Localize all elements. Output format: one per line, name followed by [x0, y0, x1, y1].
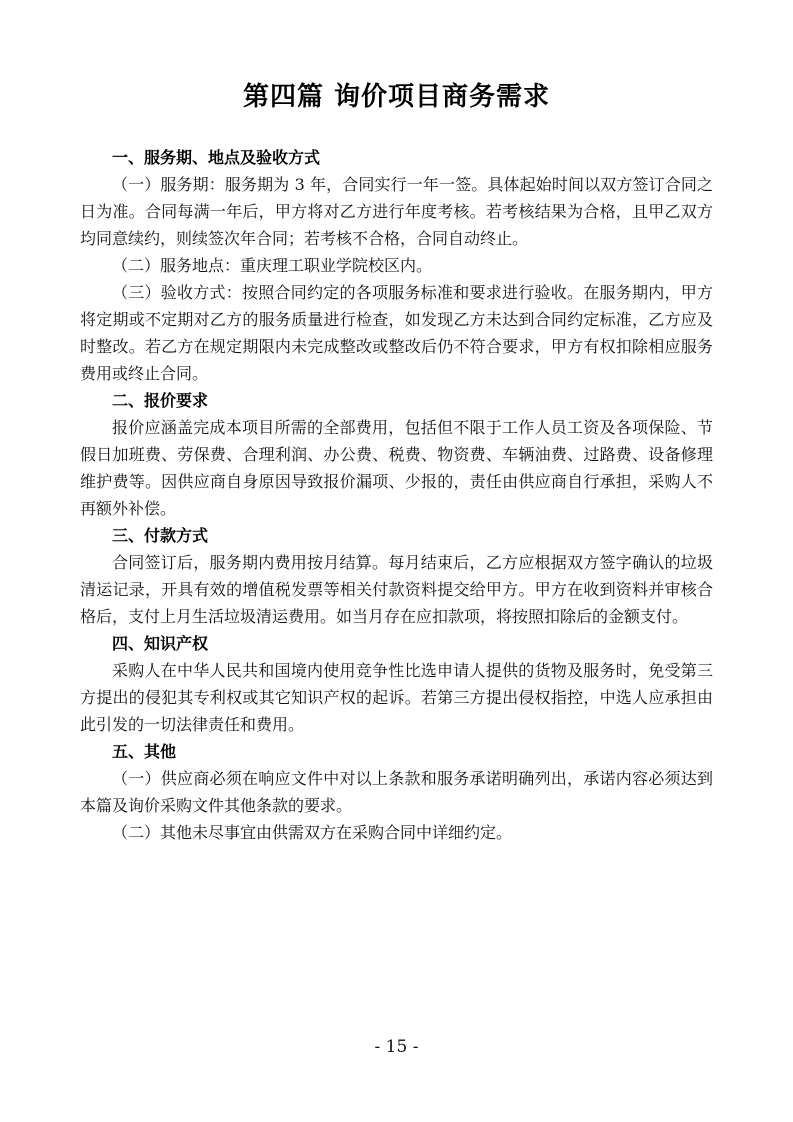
section-heading: 四、知识产权 [80, 630, 713, 657]
page-number: - 15 - [0, 1037, 793, 1058]
section-heading: 二、报价要求 [80, 387, 713, 414]
section-paragraph: 报价应涵盖完成本项目所需的全部费用，包括但不限于工作人员工资及各项保险、节假日加… [80, 414, 713, 522]
document-title: 第四篇 询价项目商务需求 [80, 78, 713, 116]
section-paragraph: （三）验收方式：按照合同约定的各项服务标准和要求进行验收。在服务期内，甲方将定期… [80, 279, 713, 387]
section-paragraph: （一）供应商必须在响应文件中对以上条款和服务承诺明确列出，承诺内容必须达到本篇及… [80, 765, 713, 819]
document-body: 一、服务期、地点及验收方式（一）服务期：服务期为 3 年，合同实行一年一签。具体… [80, 144, 713, 846]
section-paragraph: （一）服务期：服务期为 3 年，合同实行一年一签。具体起始时间以双方签订合同之日… [80, 171, 713, 252]
section-heading: 一、服务期、地点及验收方式 [80, 144, 713, 171]
document-page: 第四篇 询价项目商务需求 一、服务期、地点及验收方式（一）服务期：服务期为 3 … [0, 0, 793, 1122]
section-paragraph: 采购人在中华人民共和国境内使用竞争性比选申请人提供的货物及服务时，免受第三方提出… [80, 657, 713, 738]
section-paragraph: （二）服务地点：重庆理工职业学院校区内。 [80, 252, 713, 279]
section-paragraph: （二）其他未尽事宜由供需双方在采购合同中详细约定。 [80, 819, 713, 846]
section-heading: 三、付款方式 [80, 522, 713, 549]
section-paragraph: 合同签订后，服务期内费用按月结算。每月结束后，乙方应根据双方签字确认的垃圾清运记… [80, 549, 713, 630]
section-heading: 五、其他 [80, 738, 713, 765]
